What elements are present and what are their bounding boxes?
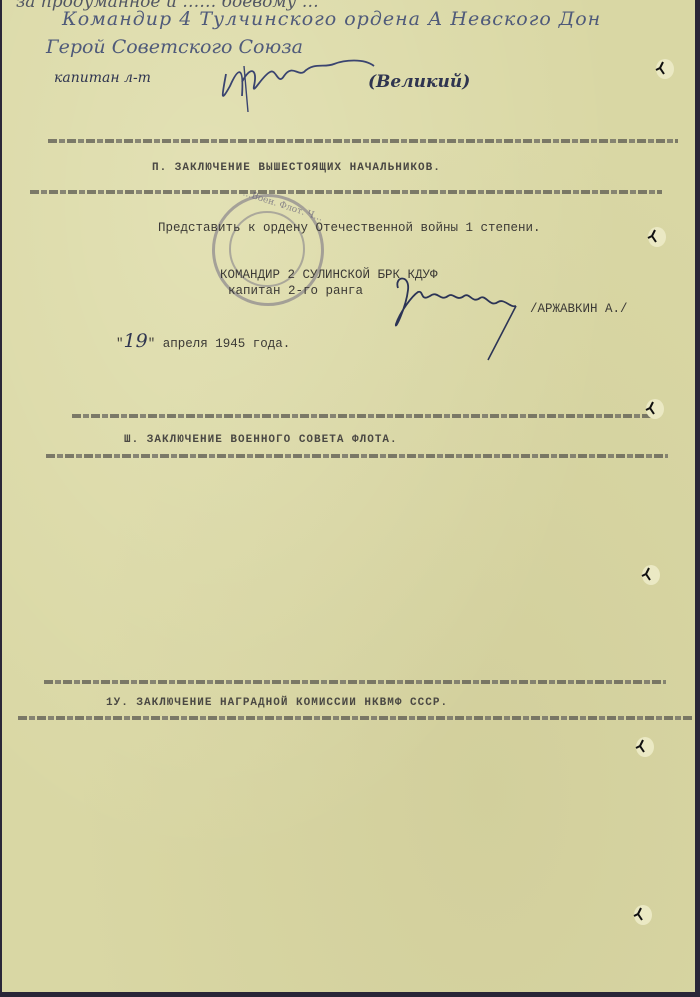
divider-rule xyxy=(46,454,668,458)
document-page: за продуманное и …… боевому … Командир 4… xyxy=(2,0,695,992)
position-line-2: капитан 2-го ранга xyxy=(228,284,363,298)
recommendation-text: Представить к ордену Отечественной войны… xyxy=(158,221,541,235)
punch-hole-icon xyxy=(630,734,656,760)
punch-hole-icon xyxy=(642,224,668,250)
section-3-title: Ш. ЗАКЛЮЧЕНИЕ ВОЕННОГО СОВЕТА ФЛОТА. xyxy=(124,434,398,446)
handwritten-name: (Великий) xyxy=(368,72,470,92)
handwritten-line-commander: Командир 4 Тулчинского ордена А Невского… xyxy=(62,8,601,30)
punch-hole-icon xyxy=(650,56,676,82)
section-4-title: 1У. ЗАКЛЮЧЕНИЕ НАГРАДНОЙ КОМИССИИ НКВМФ … xyxy=(106,697,448,709)
handwritten-rank: капитан л-т xyxy=(54,70,151,86)
divider-rule xyxy=(30,190,662,194)
punch-hole-icon xyxy=(640,396,666,422)
divider-rule xyxy=(44,680,666,684)
divider-rule xyxy=(48,139,678,143)
signature-arzhavkin xyxy=(390,268,530,378)
divider-rule xyxy=(18,716,694,720)
divider-rule xyxy=(72,414,660,418)
date-rest: апреля 1945 года. xyxy=(163,337,291,351)
section-2-title: П. ЗАКЛЮЧЕНИЕ ВЫШЕСТОЯЩИХ НАЧАЛЬНИКОВ. xyxy=(152,162,441,174)
signature-velikiy xyxy=(214,46,384,116)
punch-hole-icon xyxy=(628,902,654,928)
date-line: "19" апреля 1945 года. xyxy=(116,330,290,352)
punch-hole-icon xyxy=(636,562,662,588)
date-day: 19 xyxy=(124,330,148,352)
signatory-name: /АРЖАВКИН А./ xyxy=(530,302,628,316)
